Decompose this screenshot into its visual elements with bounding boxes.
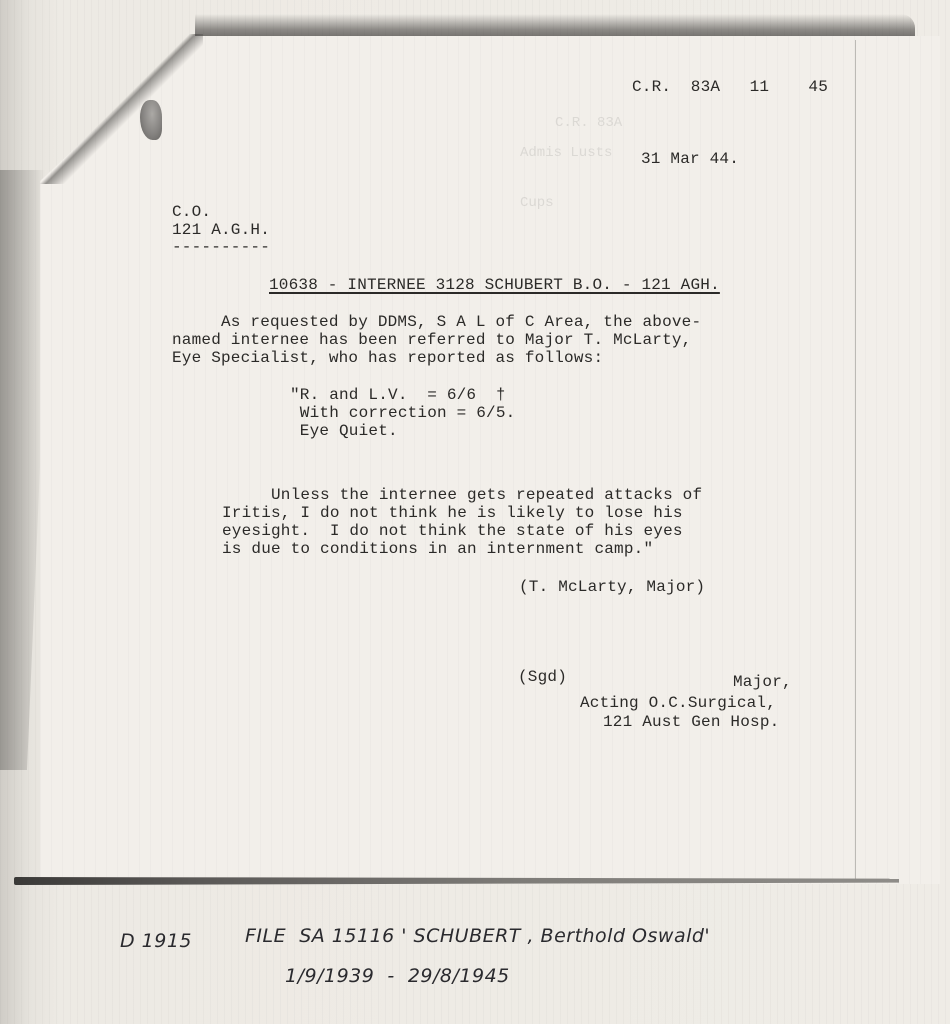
report-line: Eye Quiet. xyxy=(290,422,398,440)
file-reference: C.R. 83A 11 45 xyxy=(632,78,828,96)
archive-file-label: FILE SA 15116 ' SCHUBERT , Berthold Oswa… xyxy=(245,925,710,947)
letter-date: 31 Mar 44. xyxy=(641,150,739,168)
ghost-text-line: Admis Lusts xyxy=(520,145,612,161)
addressee-line: C.O. xyxy=(172,203,211,221)
page-margin-rule xyxy=(855,40,856,880)
signatory-title: Acting O.C.Surgical, xyxy=(580,694,776,712)
body-line: Iritis, I do not think he is likely to l… xyxy=(222,504,683,522)
signed-mark: (Sgd) xyxy=(518,668,567,686)
body-line: eyesight. I do not think the state of hi… xyxy=(222,522,683,540)
body-line: named internee has been referred to Majo… xyxy=(172,331,691,349)
body-line: As requested by DDMS, S A L of C Area, t… xyxy=(172,313,701,331)
body-line: is due to conditions in an internment ca… xyxy=(222,540,653,558)
addressee-line: 121 A.G.H. xyxy=(172,221,270,239)
body-line: Eye Specialist, who has reported as foll… xyxy=(172,349,603,367)
archive-ref: D 1915 xyxy=(120,930,192,952)
ghost-text-line: C.R. 83A xyxy=(555,115,622,131)
ghost-text-line: Cups xyxy=(520,195,554,211)
punch-hole-mark xyxy=(140,100,162,140)
body-line: Unless the internee gets repeated attack… xyxy=(222,486,702,504)
signatory-rank: Major, xyxy=(733,673,792,691)
archive-date-range: 1/9/1939 - 29/8/1945 xyxy=(285,965,510,987)
report-line: "R. and L.V. = 6/6 † xyxy=(290,386,506,404)
signatory-unit: 121 Aust Gen Hosp. xyxy=(603,713,779,731)
subject-line: 10638 - INTERNEE 3128 SCHUBERT B.O. - 12… xyxy=(269,276,720,294)
report-line: With correction = 6/5. xyxy=(290,404,515,422)
folded-corner-shadow xyxy=(38,34,203,184)
addressee-rule: ---------- xyxy=(172,238,270,256)
specialist-signature: (T. McLarty, Major) xyxy=(519,578,705,596)
